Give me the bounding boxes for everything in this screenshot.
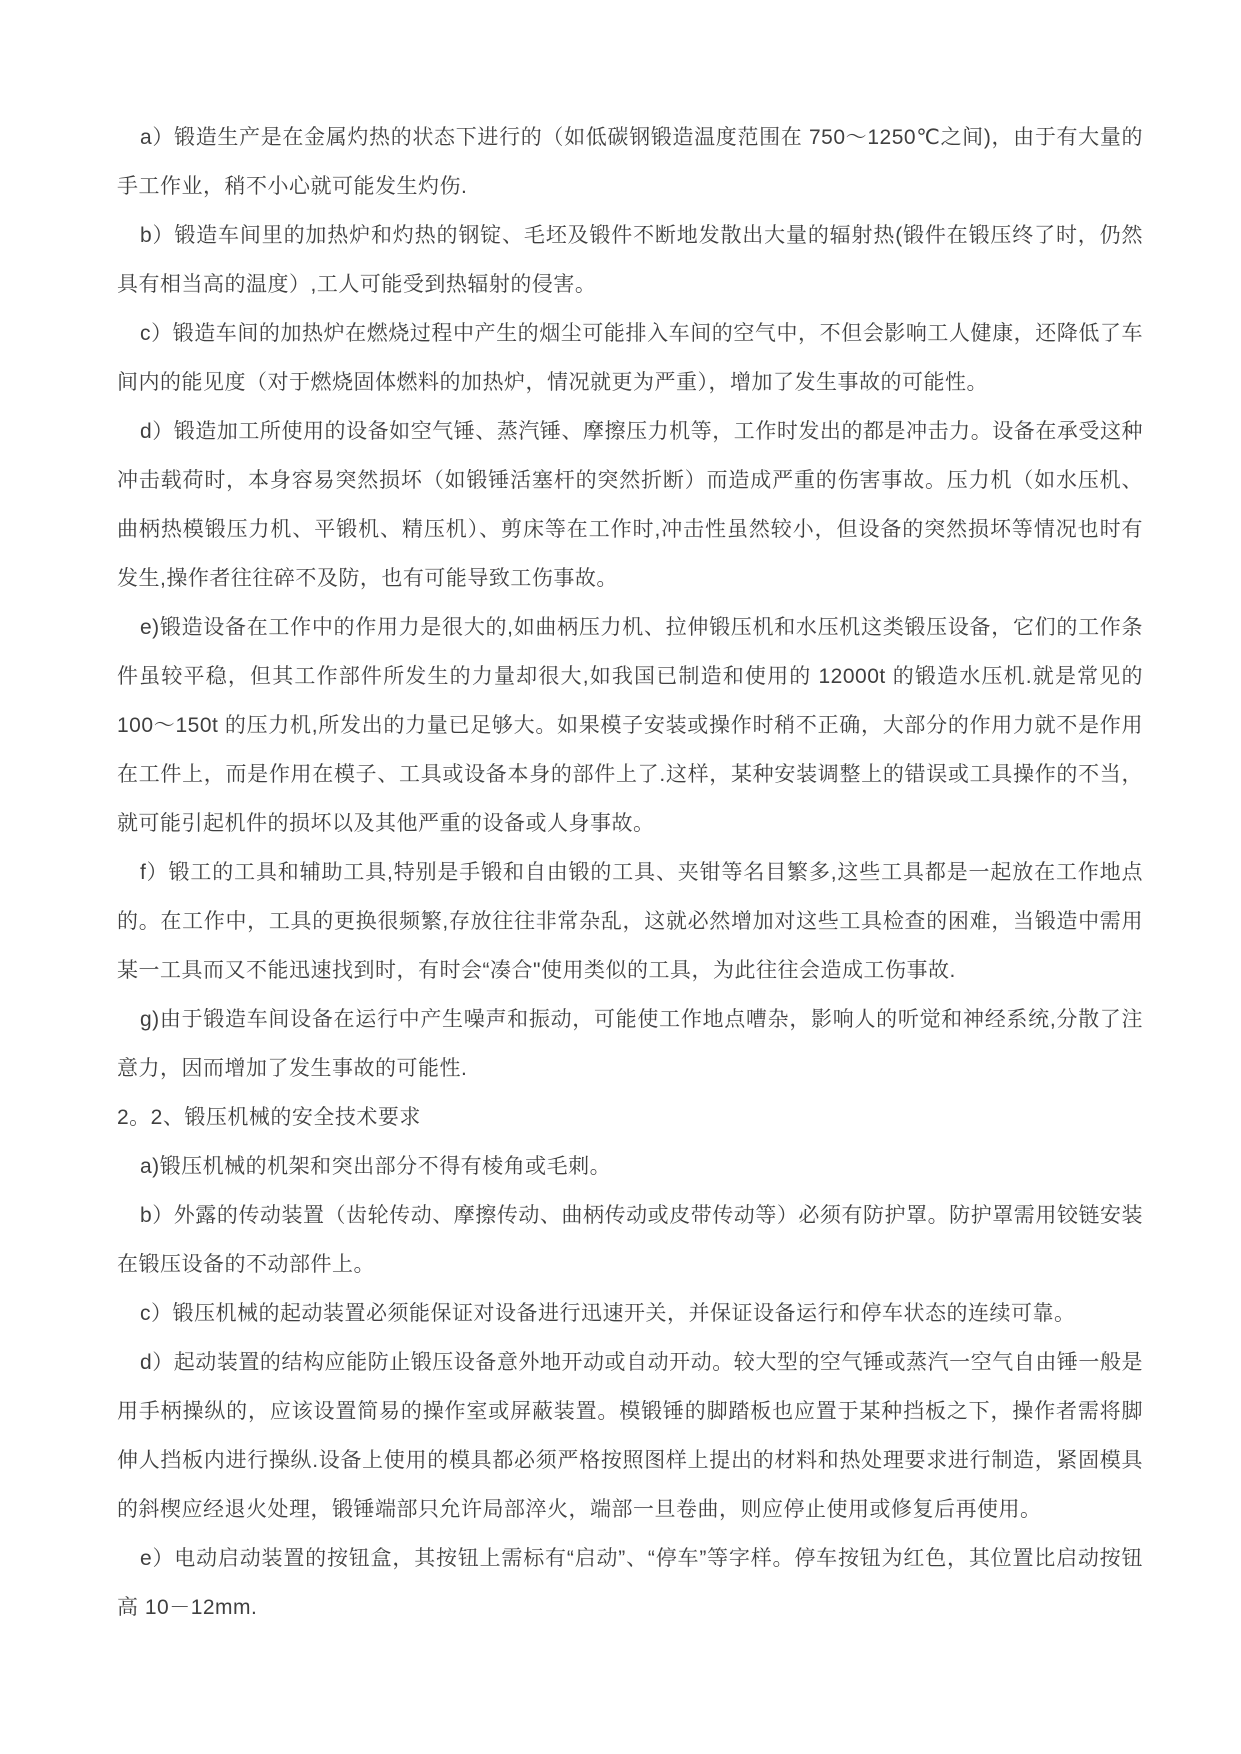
paragraph-requirement-a: a)锻压机械的机架和突出部分不得有棱角或毛刺。 [117, 1142, 1143, 1191]
paragraph-hazard-a: a）锻造生产是在金属灼热的状态下进行的（如低碳钢锻造温度范围在 750～1250… [117, 113, 1143, 211]
paragraph-hazard-f: f）锻工的工具和辅助工具,特别是手锻和自由锻的工具、夹钳等名目繁多,这些工具都是… [117, 848, 1143, 995]
paragraph-requirement-b: b）外露的传动装置（齿轮传动、摩擦传动、曲柄传动或皮带传动等）必须有防护罩。防护… [117, 1191, 1143, 1289]
paragraph-hazard-b: b）锻造车间里的加热炉和灼热的钢锭、毛坯及锻件不断地发散出大量的辐射热(锻件在锻… [117, 211, 1143, 309]
paragraph-requirement-c: c）锻压机械的起动装置必须能保证对设备进行迅速开关，并保证设备运行和停车状态的连… [117, 1289, 1143, 1338]
paragraph-hazard-c: c）锻造车间的加热炉在燃烧过程中产生的烟尘可能排入车间的空气中，不但会影响工人健… [117, 309, 1143, 407]
section-heading-2-2: 2。2、锻压机械的安全技术要求 [117, 1093, 1143, 1142]
paragraph-hazard-d: d）锻造加工所使用的设备如空气锤、蒸汽锤、摩擦压力机等，工作时发出的都是冲击力。… [117, 407, 1143, 603]
document-page: a）锻造生产是在金属灼热的状态下进行的（如低碳钢锻造温度范围在 750～1250… [0, 0, 1241, 1754]
paragraph-hazard-g: g)由于锻造车间设备在运行中产生噪声和振动，可能使工作地点嘈杂，影响人的听觉和神… [117, 995, 1143, 1093]
document-body: a）锻造生产是在金属灼热的状态下进行的（如低碳钢锻造温度范围在 750～1250… [117, 113, 1143, 1632]
paragraph-requirement-d: d）起动装置的结构应能防止锻压设备意外地开动或自动开动。较大型的空气锤或蒸汽一空… [117, 1338, 1143, 1534]
paragraph-hazard-e: e)锻造设备在工作中的作用力是很大的,如曲柄压力机、拉伸锻压机和水压机这类锻压设… [117, 603, 1143, 848]
paragraph-requirement-e: e）电动启动装置的按钮盒，其按钮上需标有“启动”、“停车”等字样。停车按钮为红色… [117, 1534, 1143, 1632]
